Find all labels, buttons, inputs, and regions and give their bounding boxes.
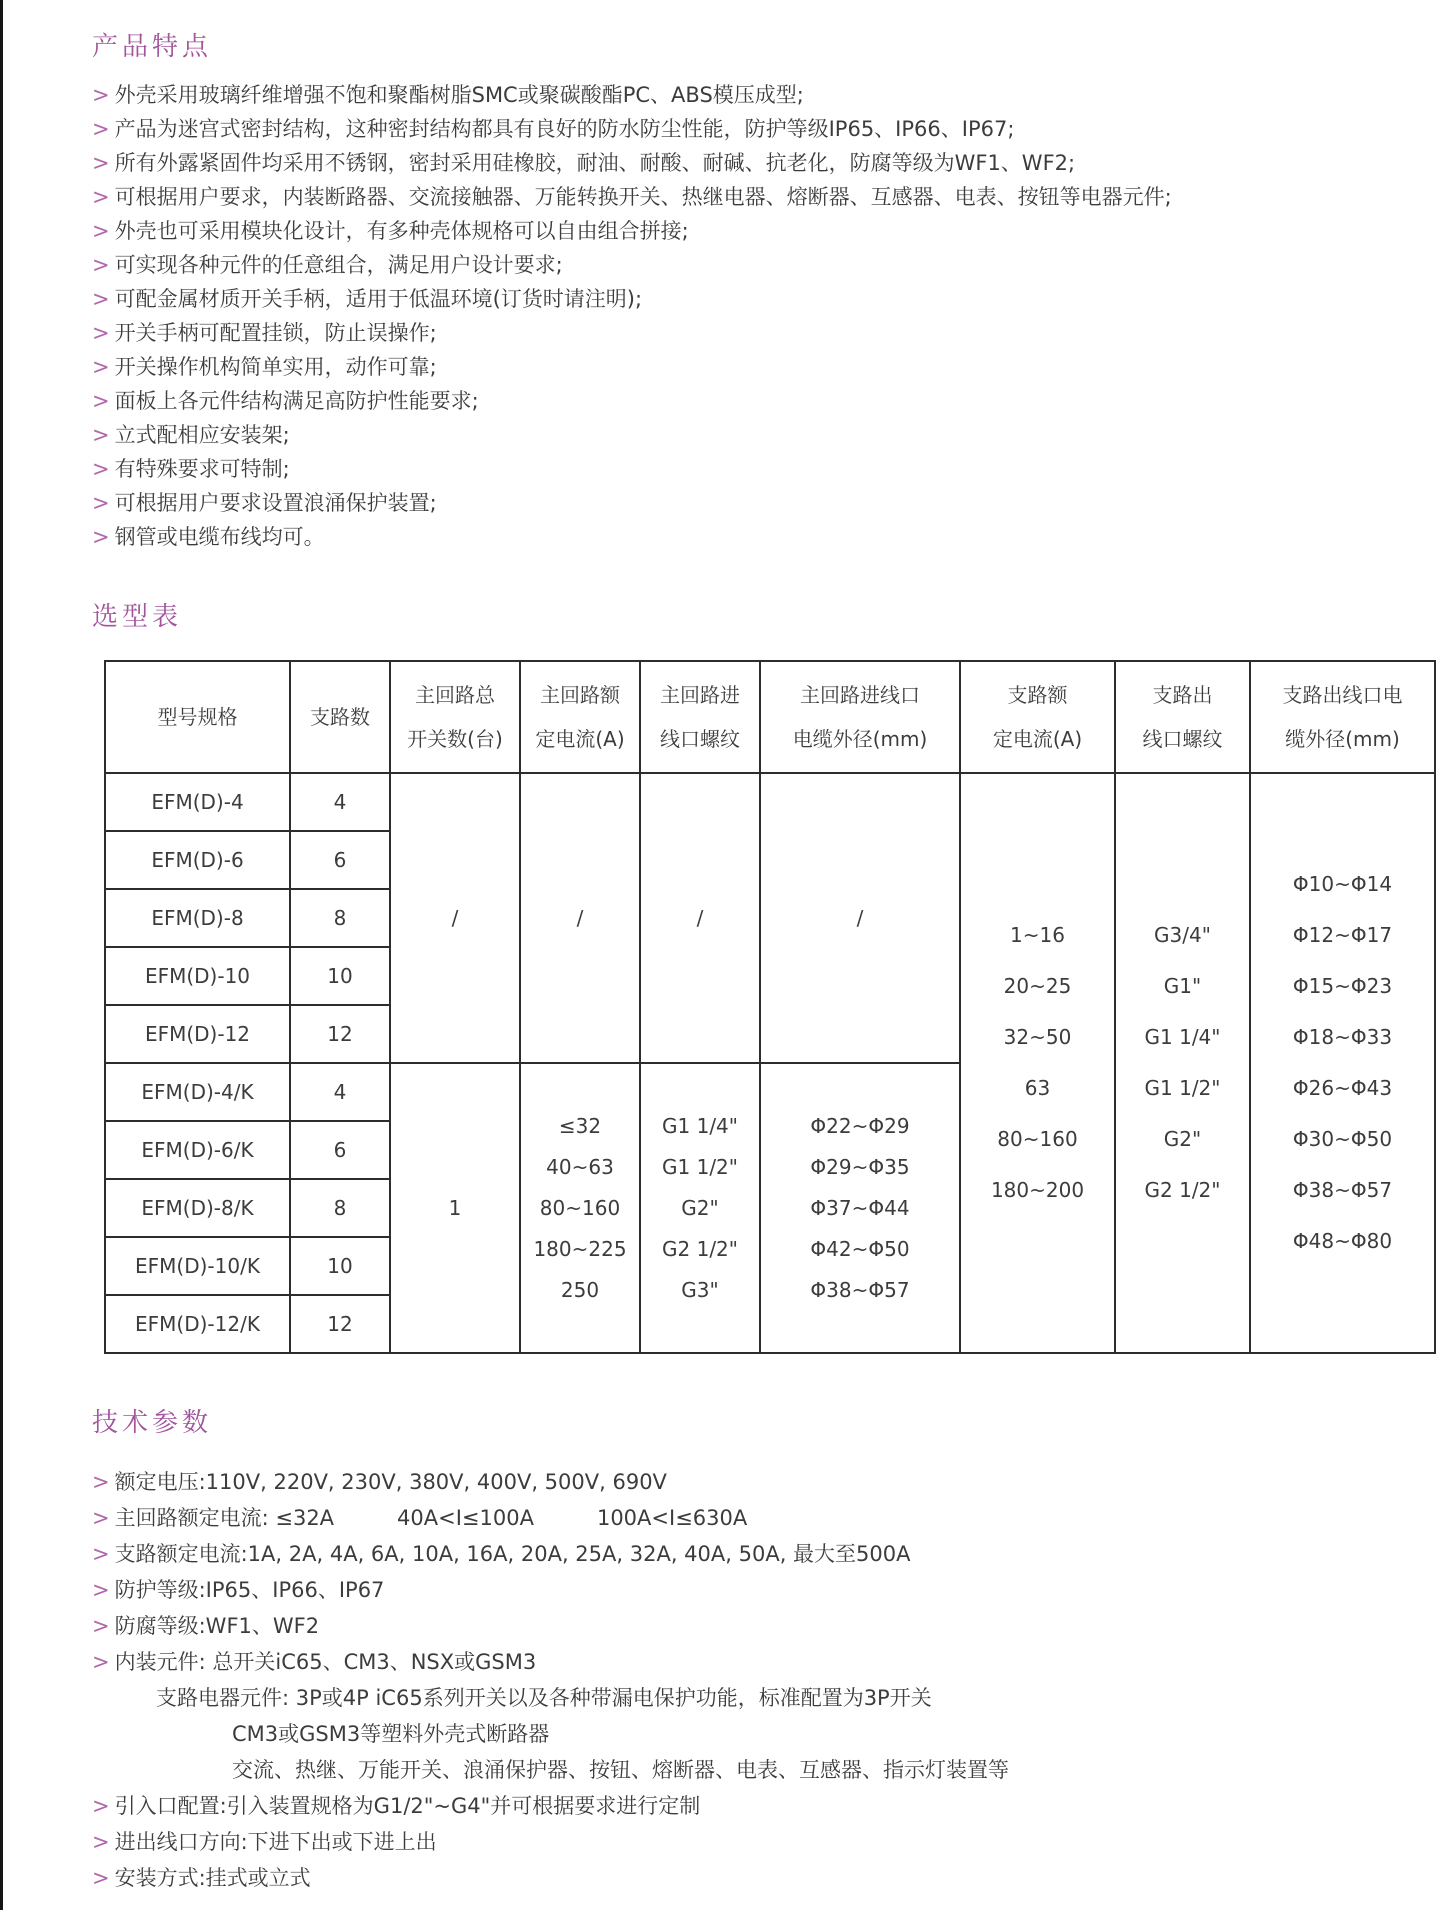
col-header-branch-count: 支路数	[290, 661, 390, 773]
feature-text: 开关操作机构简单实用，动作可靠;	[115, 355, 437, 379]
bullet-arrow-icon: >	[92, 117, 110, 141]
header-row: 型号规格 支路数 主回路总 开关数(台) 主回路额 定电流(A) 主回路进 线口…	[105, 661, 1435, 773]
features-list: >外壳采用玻璃纤维增强不饱和聚酯树脂SMC或聚碳酸酯PC、ABS模压成型; >产…	[92, 78, 1433, 554]
feature-item: >可配金属材质开关手柄，适用于低温环境(订货时请注明);	[92, 282, 1433, 316]
branch-count-cell: 10	[290, 947, 390, 1005]
tech-text: 交流、热继、万能开关、浪涌保护器、按钮、熔断器、电表、互感器、指示灯装置等	[232, 1758, 1009, 1782]
feature-text: 可根据用户要求设置浪涌保护装置;	[115, 491, 437, 515]
branch-count-cell: 4	[290, 773, 390, 831]
col-header-branch-rated-current: 支路额 定电流(A)	[960, 661, 1115, 773]
bullet-arrow-icon: >	[92, 423, 110, 447]
bullet-arrow-icon: >	[92, 355, 110, 379]
bullet-arrow-icon: >	[92, 1650, 110, 1674]
feature-text: 产品为迷宫式密封结构，这种密封结构都具有良好的防水防尘性能，防护等级IP65、I…	[115, 117, 1015, 141]
tech-item-sub: 交流、热继、万能开关、浪涌保护器、按钮、熔断器、电表、互感器、指示灯装置等	[92, 1752, 1433, 1788]
feature-text: 外壳采用玻璃纤维增强不饱和聚酯树脂SMC或聚碳酸酯PC、ABS模压成型;	[115, 83, 804, 107]
tech-list: >额定电压:110V, 220V, 230V, 380V, 400V, 500V…	[92, 1464, 1433, 1896]
feature-item: >开关手柄可配置挂锁，防止误操作;	[92, 316, 1433, 350]
bullet-arrow-icon: >	[92, 491, 110, 515]
model-cell: EFM(D)-8/K	[105, 1179, 290, 1237]
tech-text: 引入口配置:引入装置规格为G1/2"~G4"并可根据要求进行定制	[115, 1794, 701, 1818]
tech-item: >支路额定电流:1A, 2A, 4A, 6A, 10A, 16A, 20A, 2…	[92, 1536, 1433, 1572]
selection-section: 选型表 型号规格 支路数 主回路总 开关数(台) 主回路额 定电流(A) 主回路…	[92, 600, 1433, 1354]
selection-title: 选型表	[92, 600, 1433, 634]
feature-text: 所有外露紧固件均采用不锈钢，密封采用硅橡胶，耐油、耐酸、耐碱、抗老化，防腐等级为…	[115, 151, 1075, 175]
tech-text: 安装方式:挂式或立式	[115, 1866, 311, 1890]
tech-text: 支路额定电流:1A, 2A, 4A, 6A, 10A, 16A, 20A, 25…	[115, 1542, 911, 1566]
table-row: EFM(D)-4 4 / / / / 1~16 20~25 32~50 63 8…	[105, 773, 1435, 831]
col-header-main-rated-current: 主回路额 定电流(A)	[520, 661, 640, 773]
bullet-arrow-icon: >	[92, 389, 110, 413]
feature-item: >可实现各种元件的任意组合，满足用户设计要求;	[92, 248, 1433, 282]
main-switch-count-cell: 1	[390, 1063, 520, 1353]
bullet-arrow-icon: >	[92, 1542, 110, 1566]
bullet-arrow-icon: >	[92, 1578, 110, 1602]
tech-item: >安装方式:挂式或立式	[92, 1860, 1433, 1896]
branch-rated-current-list-cell: 1~16 20~25 32~50 63 80~160 180~200	[960, 773, 1115, 1353]
model-cell: EFM(D)-10	[105, 947, 290, 1005]
tech-title: 技术参数	[92, 1406, 1433, 1440]
tech-item: >进出线口方向:下进下出或下进上出	[92, 1824, 1433, 1860]
bullet-arrow-icon: >	[92, 287, 110, 311]
bullet-arrow-icon: >	[92, 1830, 110, 1854]
tech-text: 主回路额定电流: ≤32A 40A<I≤100A 100A<I≤630A	[115, 1506, 748, 1530]
features-title: 产品特点	[92, 30, 1433, 64]
model-cell: EFM(D)-10/K	[105, 1237, 290, 1295]
model-cell: EFM(D)-4	[105, 773, 290, 831]
na-main-rated-current-cell: /	[520, 773, 640, 1063]
branch-count-cell: 12	[290, 1295, 390, 1353]
feature-text: 钢管或电缆布线均可。	[115, 525, 325, 549]
selection-table: 型号规格 支路数 主回路总 开关数(台) 主回路额 定电流(A) 主回路进 线口…	[104, 660, 1436, 1354]
branch-count-cell: 8	[290, 1179, 390, 1237]
main-inlet-thread-list-cell: G1 1/4" G1 1/2" G2" G2 1/2" G3"	[640, 1063, 760, 1353]
feature-item: >所有外露紧固件均采用不锈钢，密封采用硅橡胶，耐油、耐酸、耐碱、抗老化，防腐等级…	[92, 146, 1433, 180]
page-left-border	[0, 0, 3, 1910]
col-header-model: 型号规格	[105, 661, 290, 773]
branch-outlet-cable-od-list-cell: Φ10~Φ14 Φ12~Φ17 Φ15~Φ23 Φ18~Φ33 Φ26~Φ43 …	[1250, 773, 1435, 1353]
tech-item: >引入口配置:引入装置规格为G1/2"~G4"并可根据要求进行定制	[92, 1788, 1433, 1824]
feature-item: >外壳也可采用模块化设计，有多种壳体规格可以自由组合拼接;	[92, 214, 1433, 248]
branch-count-cell: 6	[290, 831, 390, 889]
bullet-arrow-icon: >	[92, 1506, 110, 1530]
branch-count-cell: 6	[290, 1121, 390, 1179]
tech-text: 防腐等级:WF1、WF2	[115, 1614, 319, 1638]
bullet-arrow-icon: >	[92, 1470, 110, 1494]
bullet-arrow-icon: >	[92, 1614, 110, 1638]
tech-text: 进出线口方向:下进下出或下进上出	[115, 1830, 437, 1854]
tech-text: 内装元件: 总开关iC65、CM3、NSX或GSM3	[115, 1650, 537, 1674]
tech-item-sub: 支路电器元件: 3P或4P iC65系列开关以及各种带漏电保护功能，标准配置为3…	[92, 1680, 1433, 1716]
model-cell: EFM(D)-4/K	[105, 1063, 290, 1121]
bullet-arrow-icon: >	[92, 219, 110, 243]
tech-item: >防腐等级:WF1、WF2	[92, 1608, 1433, 1644]
feature-text: 有特殊要求可特制;	[115, 457, 290, 481]
tech-text: 防护等级:IP65、IP66、IP67	[115, 1578, 385, 1602]
feature-text: 可配金属材质开关手柄，适用于低温环境(订货时请注明);	[115, 287, 642, 311]
na-main-inlet-thread-cell: /	[640, 773, 760, 1063]
feature-text: 开关手柄可配置挂锁，防止误操作;	[115, 321, 437, 345]
bullet-arrow-icon: >	[92, 525, 110, 549]
bullet-arrow-icon: >	[92, 457, 110, 481]
feature-text: 可根据用户要求，内装断路器、交流接触器、万能转换开关、热继电器、熔断器、互感器、…	[115, 185, 1172, 209]
feature-text: 面板上各元件结构满足高防护性能要求;	[115, 389, 479, 413]
model-cell: EFM(D)-8	[105, 889, 290, 947]
bullet-arrow-icon: >	[92, 185, 110, 209]
na-main-switch-count-cell: /	[390, 773, 520, 1063]
na-main-inlet-cable-od-cell: /	[760, 773, 960, 1063]
tech-text: 额定电压:110V, 220V, 230V, 380V, 400V, 500V,…	[115, 1470, 667, 1494]
feature-item: >可根据用户要求设置浪涌保护装置;	[92, 486, 1433, 520]
bullet-arrow-icon: >	[92, 151, 110, 175]
branch-outlet-thread-list-cell: G3/4" G1" G1 1/4" G1 1/2" G2" G2 1/2"	[1115, 773, 1250, 1353]
col-header-branch-outlet-thread: 支路出 线口螺纹	[1115, 661, 1250, 773]
model-cell: EFM(D)-12/K	[105, 1295, 290, 1353]
bullet-arrow-icon: >	[92, 1794, 110, 1818]
tech-text: 支路电器元件: 3P或4P iC65系列开关以及各种带漏电保护功能，标准配置为3…	[156, 1686, 932, 1710]
feature-item: >面板上各元件结构满足高防护性能要求;	[92, 384, 1433, 418]
col-header-main-switch-count: 主回路总 开关数(台)	[390, 661, 520, 773]
tech-item-sub: CM3或GSM3等塑料外壳式断路器	[92, 1716, 1433, 1752]
tech-item: >主回路额定电流: ≤32A 40A<I≤100A 100A<I≤630A	[92, 1500, 1433, 1536]
tech-item: >额定电压:110V, 220V, 230V, 380V, 400V, 500V…	[92, 1464, 1433, 1500]
tech-item: >内装元件: 总开关iC65、CM3、NSX或GSM3	[92, 1644, 1433, 1680]
bullet-arrow-icon: >	[92, 253, 110, 277]
features-section: 产品特点 >外壳采用玻璃纤维增强不饱和聚酯树脂SMC或聚碳酸酯PC、ABS模压成…	[92, 30, 1433, 554]
main-inlet-cable-od-list-cell: Φ22~Φ29 Φ29~Φ35 Φ37~Φ44 Φ42~Φ50 Φ38~Φ57	[760, 1063, 960, 1353]
branch-count-cell: 10	[290, 1237, 390, 1295]
feature-item: >开关操作机构简单实用，动作可靠;	[92, 350, 1433, 384]
col-header-main-inlet-thread: 主回路进 线口螺纹	[640, 661, 760, 773]
feature-item: >外壳采用玻璃纤维增强不饱和聚酯树脂SMC或聚碳酸酯PC、ABS模压成型;	[92, 78, 1433, 112]
model-cell: EFM(D)-6/K	[105, 1121, 290, 1179]
feature-item: >可根据用户要求，内装断路器、交流接触器、万能转换开关、热继电器、熔断器、互感器…	[92, 180, 1433, 214]
main-rated-current-list-cell: ≤32 40~63 80~160 180~225 250	[520, 1063, 640, 1353]
bullet-arrow-icon: >	[92, 1866, 110, 1890]
tech-section: 技术参数 >额定电压:110V, 220V, 230V, 380V, 400V,…	[92, 1406, 1433, 1896]
feature-item: >钢管或电缆布线均可。	[92, 520, 1433, 554]
bullet-arrow-icon: >	[92, 83, 110, 107]
feature-text: 外壳也可采用模块化设计，有多种壳体规格可以自由组合拼接;	[115, 219, 689, 243]
branch-count-cell: 4	[290, 1063, 390, 1121]
datasheet-page: 产品特点 >外壳采用玻璃纤维增强不饱和聚酯树脂SMC或聚碳酸酯PC、ABS模压成…	[0, 0, 1443, 1896]
model-cell: EFM(D)-6	[105, 831, 290, 889]
feature-text: 可实现各种元件的任意组合，满足用户设计要求;	[115, 253, 563, 277]
feature-item: >有特殊要求可特制;	[92, 452, 1433, 486]
tech-item: >防护等级:IP65、IP66、IP67	[92, 1572, 1433, 1608]
col-header-branch-outlet-cable-od: 支路出线口电 缆外径(mm)	[1250, 661, 1435, 773]
model-cell: EFM(D)-12	[105, 1005, 290, 1063]
branch-count-cell: 8	[290, 889, 390, 947]
branch-count-cell: 12	[290, 1005, 390, 1063]
tech-text: CM3或GSM3等塑料外壳式断路器	[232, 1722, 549, 1746]
feature-text: 立式配相应安装架;	[115, 423, 290, 447]
bullet-arrow-icon: >	[92, 321, 110, 345]
col-header-main-inlet-cable-od: 主回路进线口 电缆外径(mm)	[760, 661, 960, 773]
feature-item: >产品为迷宫式密封结构，这种密封结构都具有良好的防水防尘性能，防护等级IP65、…	[92, 112, 1433, 146]
feature-item: >立式配相应安装架;	[92, 418, 1433, 452]
